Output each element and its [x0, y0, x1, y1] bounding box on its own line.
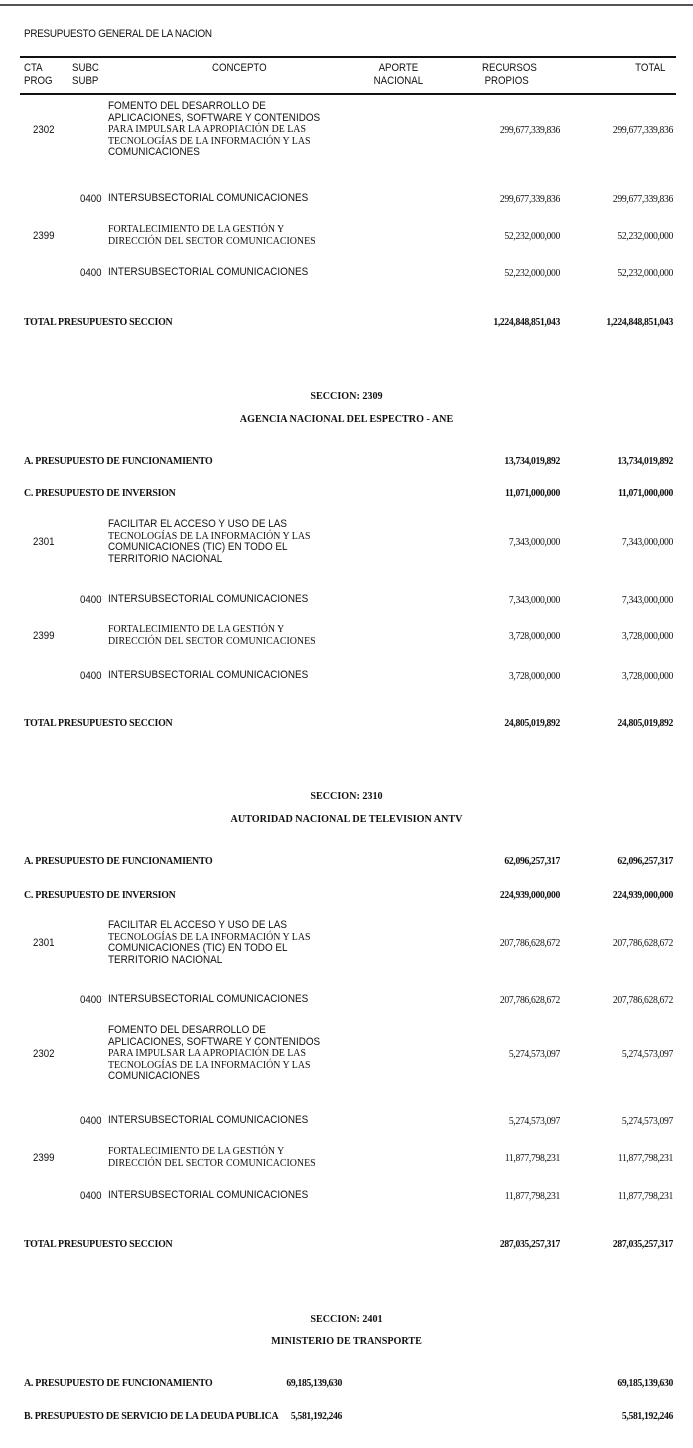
concepto-text: FOMENTO DEL DESARROLLO DEAPLICACIONES, S… — [108, 101, 333, 159]
recursos-propios-value: 3,728,000,000 — [437, 630, 560, 642]
concepto-text: INTERSUBSECTORIAL COMUNICACIONES — [108, 670, 333, 682]
total-value: 11,877,798,231 — [550, 1152, 673, 1164]
concepto-line: COMUNICACIONES — [108, 147, 333, 159]
cta-prog-code: 2399 — [33, 1152, 55, 1164]
funcionamiento-total: 62,096,257,317 — [550, 855, 673, 867]
col-header-concepto: CONCEPTO — [212, 62, 267, 75]
funcionamiento-label: A. PRESUPUESTO DE FUNCIONAMIENTO — [24, 455, 212, 467]
cta-prog-code: 2399 — [33, 630, 55, 642]
funcionamiento-total: 69,185,139,630 — [550, 1377, 673, 1389]
recursos-propios-value: 299,677,339,836 — [437, 193, 560, 205]
total-seccion-total: 1,224,848,851,043 — [550, 316, 673, 328]
recursos-propios-value: 11,877,798,231 — [437, 1152, 560, 1164]
concepto-line: COMUNICACIONES (TIC) EN TODO EL — [108, 542, 333, 554]
concepto-text: INTERSUBSECTORIAL COMUNICACIONES — [108, 1190, 333, 1202]
total-value: 299,677,339,836 — [550, 193, 673, 205]
inversion-recursos: 224,939,000,000 — [437, 889, 560, 901]
concepto-text: FOMENTO DEL DESARROLLO DEAPLICACIONES, S… — [108, 1025, 333, 1083]
funcionamiento-label: A. PRESUPUESTO DE FUNCIONAMIENTO — [24, 1377, 212, 1389]
subc-subp-code: 0400 — [80, 267, 102, 279]
recursos-propios-value: 3,728,000,000 — [437, 670, 560, 682]
concepto-line: DIRECCIÓN DEL SECTOR COMUNICACIONES — [108, 636, 333, 648]
concepto-line: TERRITORIO NACIONAL — [108, 554, 333, 566]
recursos-propios-value: 7,343,000,000 — [437, 536, 560, 548]
concepto-text: FACILITAR EL ACCESO Y USO DE LASTECNOLOG… — [108, 920, 333, 966]
concepto-line: FOMENTO DEL DESARROLLO DE — [108, 101, 333, 113]
total-seccion-recursos: 287,035,257,317 — [437, 1238, 560, 1250]
recursos-propios-value: 5,274,573,097 — [437, 1115, 560, 1127]
recursos-propios-value: 52,232,000,000 — [437, 230, 560, 242]
concepto-text: FORTALECIMIENTO DE LA GESTIÓN YDIRECCIÓN… — [108, 1146, 333, 1169]
concepto-line: COMUNICACIONES (TIC) EN TODO EL — [108, 943, 333, 955]
seccion-name: AGENCIA NACIONAL DEL ESPECTRO - ANE — [28, 413, 666, 425]
total-value: 207,786,628,672 — [550, 994, 673, 1006]
total-value: 7,343,000,000 — [550, 594, 673, 606]
concepto-line: FACILITAR EL ACCESO Y USO DE LAS — [108, 920, 333, 932]
total-value: 207,786,628,672 — [550, 937, 673, 949]
recursos-propios-value: 299,677,339,836 — [437, 124, 560, 136]
concepto-line: PARA IMPULSAR LA APROPIACIÓN DE LAS — [108, 1048, 333, 1060]
total-value: 11,877,798,231 — [550, 1190, 673, 1202]
concepto-text: INTERSUBSECTORIAL COMUNICACIONES — [108, 594, 333, 606]
cta-prog-code: 2399 — [33, 230, 55, 242]
subc-subp-code: 0400 — [80, 670, 102, 682]
concepto-line: FACILITAR EL ACCESO Y USO DE LAS — [108, 519, 333, 531]
concepto-text: FORTALECIMIENTO DE LA GESTIÓN YDIRECCIÓN… — [108, 624, 333, 647]
concepto-text: INTERSUBSECTORIAL COMUNICACIONES — [108, 1115, 333, 1127]
total-value: 3,728,000,000 — [550, 670, 673, 682]
funcionamiento-recursos: 62,096,257,317 — [437, 855, 560, 867]
seccion-name: AUTORIDAD NACIONAL DE TELEVISION ANTV — [28, 813, 666, 825]
page-top-border — [0, 4, 693, 6]
recursos-propios-value: 11,877,798,231 — [437, 1190, 560, 1202]
inversion-total: 11,071,000,000 — [550, 487, 673, 499]
total-value: 299,677,339,836 — [550, 124, 673, 136]
header-rule-top — [20, 56, 676, 58]
total-seccion-recursos: 24,805,019,892 — [437, 717, 560, 729]
subc-subp-code: 0400 — [80, 1115, 102, 1127]
funcionamiento-total: 13,734,019,892 — [550, 455, 673, 467]
total-seccion-total: 287,035,257,317 — [550, 1238, 673, 1250]
total-value: 5,274,573,097 — [550, 1048, 673, 1060]
subc-subp-code: 0400 — [80, 1190, 102, 1202]
recursos-propios-value: 5,274,573,097 — [437, 1048, 560, 1060]
total-value: 7,343,000,000 — [550, 536, 673, 548]
funcionamiento-label: A. PRESUPUESTO DE FUNCIONAMIENTO — [24, 855, 212, 867]
concepto-text: INTERSUBSECTORIAL COMUNICACIONES — [108, 267, 333, 279]
total-value: 52,232,000,000 — [550, 267, 673, 279]
total-seccion-label: TOTAL PRESUPUESTO SECCION — [24, 316, 172, 328]
total-value: 3,728,000,000 — [550, 630, 673, 642]
cta-prog-code: 2302 — [33, 124, 55, 136]
deuda-total: 5,581,192,246 — [550, 1410, 673, 1422]
document-title: PRESUPUESTO GENERAL DE LA NACION — [24, 28, 212, 40]
subc-subp-code: 0400 — [80, 193, 102, 205]
cta-prog-code: 2301 — [33, 536, 55, 548]
seccion-name: MINISTERIO DE TRANSPORTE — [28, 1335, 666, 1347]
col-header-aporte-nacional: APORTE NACIONAL — [372, 62, 425, 88]
col-header-subc-subp: SUBC SUBP — [72, 62, 99, 88]
concepto-text: FORTALECIMIENTO DE LA GESTIÓN YDIRECCIÓN… — [108, 224, 333, 247]
total-seccion-total: 24,805,019,892 — [550, 717, 673, 729]
recursos-propios-value: 207,786,628,672 — [437, 994, 560, 1006]
concepto-line: COMUNICACIONES — [108, 1071, 333, 1083]
funcionamiento-aporte: 69,185,139,630 — [219, 1377, 342, 1389]
cta-prog-code: 2302 — [33, 1048, 55, 1060]
concepto-line: DIRECCIÓN DEL SECTOR COMUNICACIONES — [108, 1158, 333, 1170]
concepto-text: INTERSUBSECTORIAL COMUNICACIONES — [108, 193, 333, 205]
total-value: 5,274,573,097 — [550, 1115, 673, 1127]
recursos-propios-value: 52,232,000,000 — [437, 267, 560, 279]
inversion-total: 224,939,000,000 — [550, 889, 673, 901]
header-rule-bottom — [20, 93, 676, 95]
seccion-number: SECCION: 2401 — [28, 1313, 666, 1325]
inversion-label: C. PRESUPUESTO DE INVERSION — [24, 487, 176, 499]
seccion-number: SECCION: 2310 — [28, 790, 666, 802]
total-seccion-recursos: 1,224,848,851,043 — [437, 316, 560, 328]
total-seccion-label: TOTAL PRESUPUESTO SECCION — [24, 1238, 172, 1250]
concepto-line: FORTALECIMIENTO DE LA GESTIÓN Y — [108, 1146, 333, 1158]
funcionamiento-recursos: 13,734,019,892 — [437, 455, 560, 467]
subc-subp-code: 0400 — [80, 994, 102, 1006]
concepto-line: FOMENTO DEL DESARROLLO DE — [108, 1025, 333, 1037]
concepto-line: DIRECCIÓN DEL SECTOR COMUNICACIONES — [108, 236, 333, 248]
col-header-total: TOTAL — [635, 62, 665, 75]
cta-prog-code: 2301 — [33, 937, 55, 949]
inversion-recursos: 11,071,000,000 — [437, 487, 560, 499]
col-header-cta-prog: CTA PROG — [24, 62, 53, 88]
total-value: 52,232,000,000 — [550, 230, 673, 242]
concepto-line: TERRITORIO NACIONAL — [108, 955, 333, 967]
concepto-line: FORTALECIMIENTO DE LA GESTIÓN Y — [108, 624, 333, 636]
recursos-propios-value: 207,786,628,672 — [437, 937, 560, 949]
deuda-aporte: 5,581,192,246 — [219, 1410, 342, 1422]
col-header-recursos-propios: RECURSOS PROPIOS — [482, 62, 531, 88]
total-seccion-label: TOTAL PRESUPUESTO SECCION — [24, 717, 172, 729]
concepto-line: FORTALECIMIENTO DE LA GESTIÓN Y — [108, 224, 333, 236]
inversion-label: C. PRESUPUESTO DE INVERSION — [24, 889, 176, 901]
concepto-text: INTERSUBSECTORIAL COMUNICACIONES — [108, 994, 333, 1006]
concepto-text: FACILITAR EL ACCESO Y USO DE LASTECNOLOG… — [108, 519, 333, 565]
seccion-number: SECCION: 2309 — [28, 390, 666, 402]
subc-subp-code: 0400 — [80, 594, 102, 606]
recursos-propios-value: 7,343,000,000 — [437, 594, 560, 606]
concepto-line: PARA IMPULSAR LA APROPIACIÓN DE LAS — [108, 124, 333, 136]
